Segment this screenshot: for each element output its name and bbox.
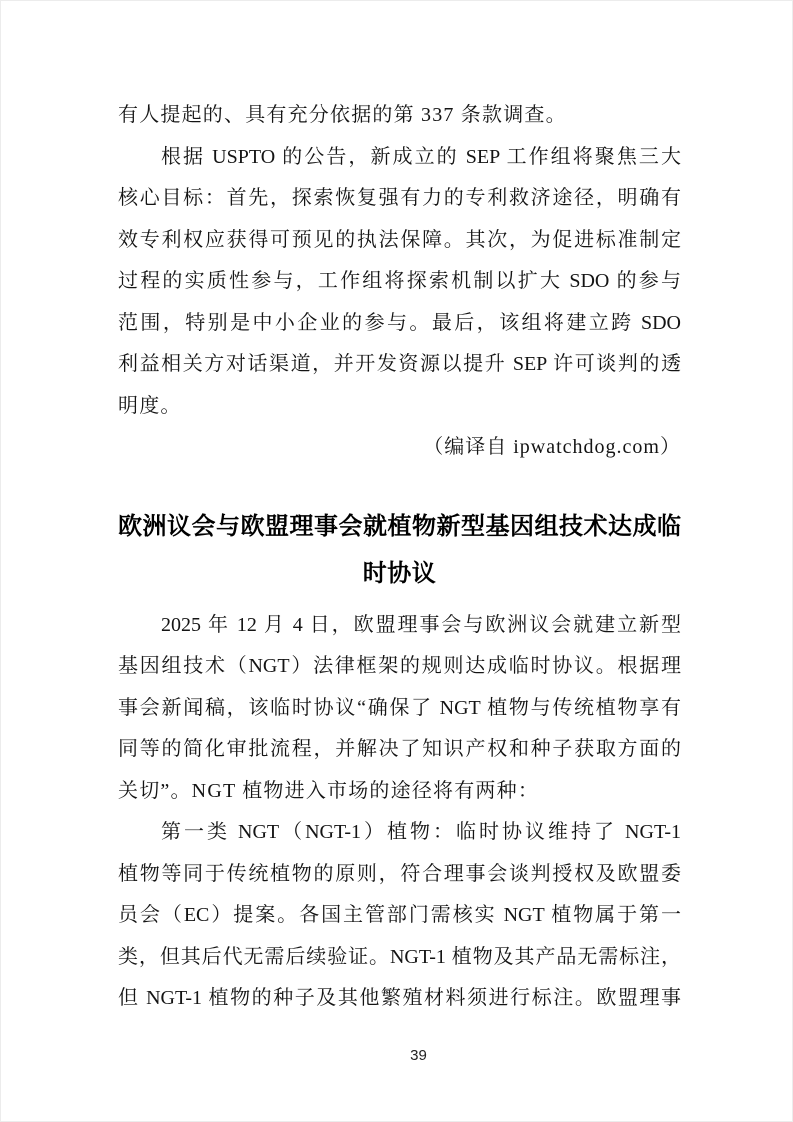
text-line: 时协议 — [118, 550, 681, 597]
page-number: 39 — [1, 1047, 793, 1065]
text-column: 有人提起的、具有充分依据的第 337 条款调查。 根据 USPTO 的公告，新成… — [118, 95, 681, 1020]
text-line: 类，但其后代无需后续验证。NGT-1 植物及其产品无需标注， — [118, 937, 681, 979]
ngt-intro-paragraph: 2025 年 12 月 4 日，欧盟理事会与欧洲议会就建立新型基因组技术（NGT… — [118, 605, 681, 813]
uspto-article-paragraph: 根据 USPTO 的公告，新成立的 SEP 工作组将聚焦三大核心目标：首先，探索… — [118, 137, 681, 428]
text-line: 第一类 NGT（NGT-1）植物：临时协议维持了 NGT-1 — [118, 812, 681, 854]
ngt1-paragraph: 第一类 NGT（NGT-1）植物：临时协议维持了 NGT-1植物等同于传统植物的… — [118, 812, 681, 1020]
text-line: 效专利权应获得可预见的执法保障。其次，为促进标准制定 — [118, 220, 681, 262]
text-line: 范围，特别是中小企业的参与。最后，该组将建立跨 SDO — [118, 303, 681, 345]
text-line: 有人提起的、具有充分依据的第 337 条款调查。 — [118, 95, 681, 137]
text-line: 事会新闻稿，该临时协议“确保了 NGT 植物与传统植物享有 — [118, 688, 681, 730]
document-page: 有人提起的、具有充分依据的第 337 条款调查。 根据 USPTO 的公告，新成… — [0, 0, 793, 1122]
text-line: 核心目标：首先，探索恢复强有力的专利救济途径，明确有 — [118, 178, 681, 220]
text-line: 植物等同于传统植物的原则，符合理事会谈判授权及欧盟委 — [118, 854, 681, 896]
text-line: （编译自 ipwatchdog.com） — [118, 427, 681, 469]
text-line: 过程的实质性参与，工作组将探索机制以扩大 SDO 的参与 — [118, 261, 681, 303]
text-line: 欧洲议会与欧盟理事会就植物新型基因组技术达成临 — [118, 503, 681, 550]
text-line: 但 NGT-1 植物的种子及其他繁殖材料须进行标注。欧盟理事 — [118, 978, 681, 1020]
text-line: 基因组技术（NGT）法律框架的规则达成临时协议。根据理 — [118, 646, 681, 688]
text-line: 2025 年 12 月 4 日，欧盟理事会与欧洲议会就建立新型 — [118, 605, 681, 647]
ngt-article-title: 欧洲议会与欧盟理事会就植物新型基因组技术达成临时协议 — [118, 503, 681, 597]
text-line: 同等的简化审批流程，并解决了知识产权和种子获取方面的 — [118, 729, 681, 771]
source-attribution: （编译自 ipwatchdog.com） — [118, 427, 681, 469]
text-line: 员会（EC）提案。各国主管部门需核实 NGT 植物属于第一 — [118, 895, 681, 937]
text-line: 利益相关方对话渠道，并开发资源以提升 SEP 许可谈判的透 — [118, 344, 681, 386]
text-line: 根据 USPTO 的公告，新成立的 SEP 工作组将聚焦三大 — [118, 137, 681, 179]
text-line: 关切”。NGT 植物进入市场的途径将有两种： — [118, 771, 681, 813]
text-line: 明度。 — [118, 386, 681, 428]
uspto-article-tail-paragraph: 有人提起的、具有充分依据的第 337 条款调查。 — [118, 95, 681, 137]
